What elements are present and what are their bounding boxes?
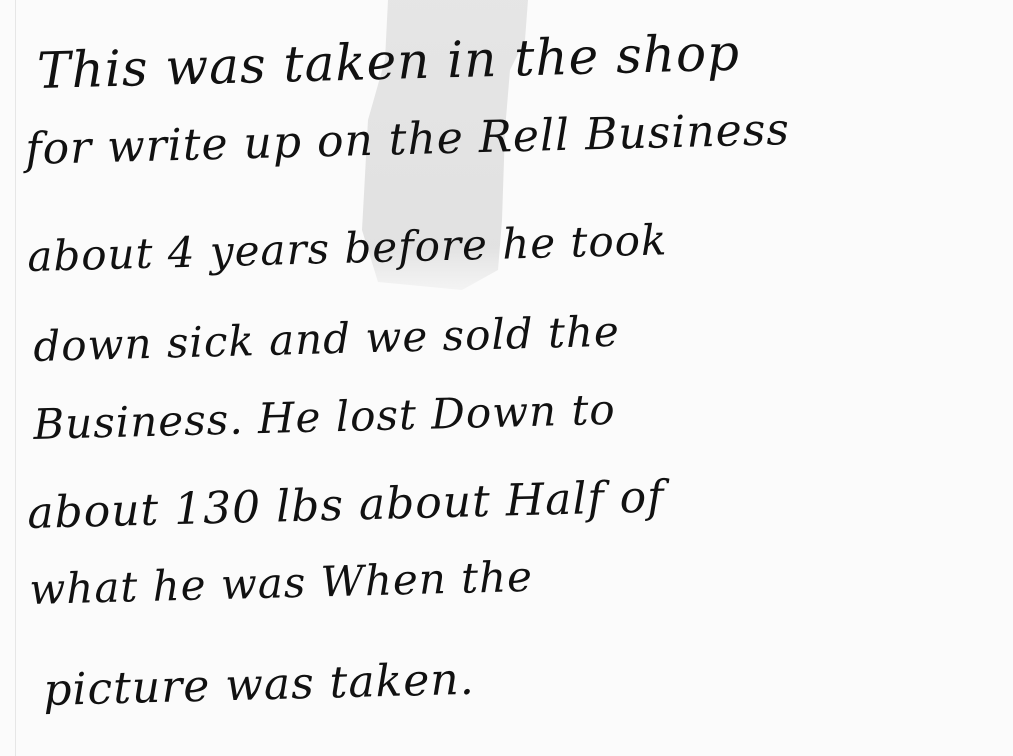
note-line-4: down sick and we sold the — [33, 307, 621, 371]
handwritten-note-paper: This was taken in the shop for write up … — [0, 0, 1013, 756]
note-line-2: for write up on the Rell Business — [25, 104, 791, 175]
note-line-8: picture was taken. — [43, 654, 476, 716]
note-line-5: Business. He lost Down to — [33, 385, 617, 449]
note-text: This was taken in the shop for write up … — [0, 0, 1013, 756]
note-line-7: what he was When the — [29, 552, 534, 614]
note-line-6: about 130 lbs about Half of — [27, 471, 665, 539]
note-line-3: about 4 years before he took — [27, 215, 668, 281]
note-line-1: This was taken in the shop — [36, 24, 740, 100]
